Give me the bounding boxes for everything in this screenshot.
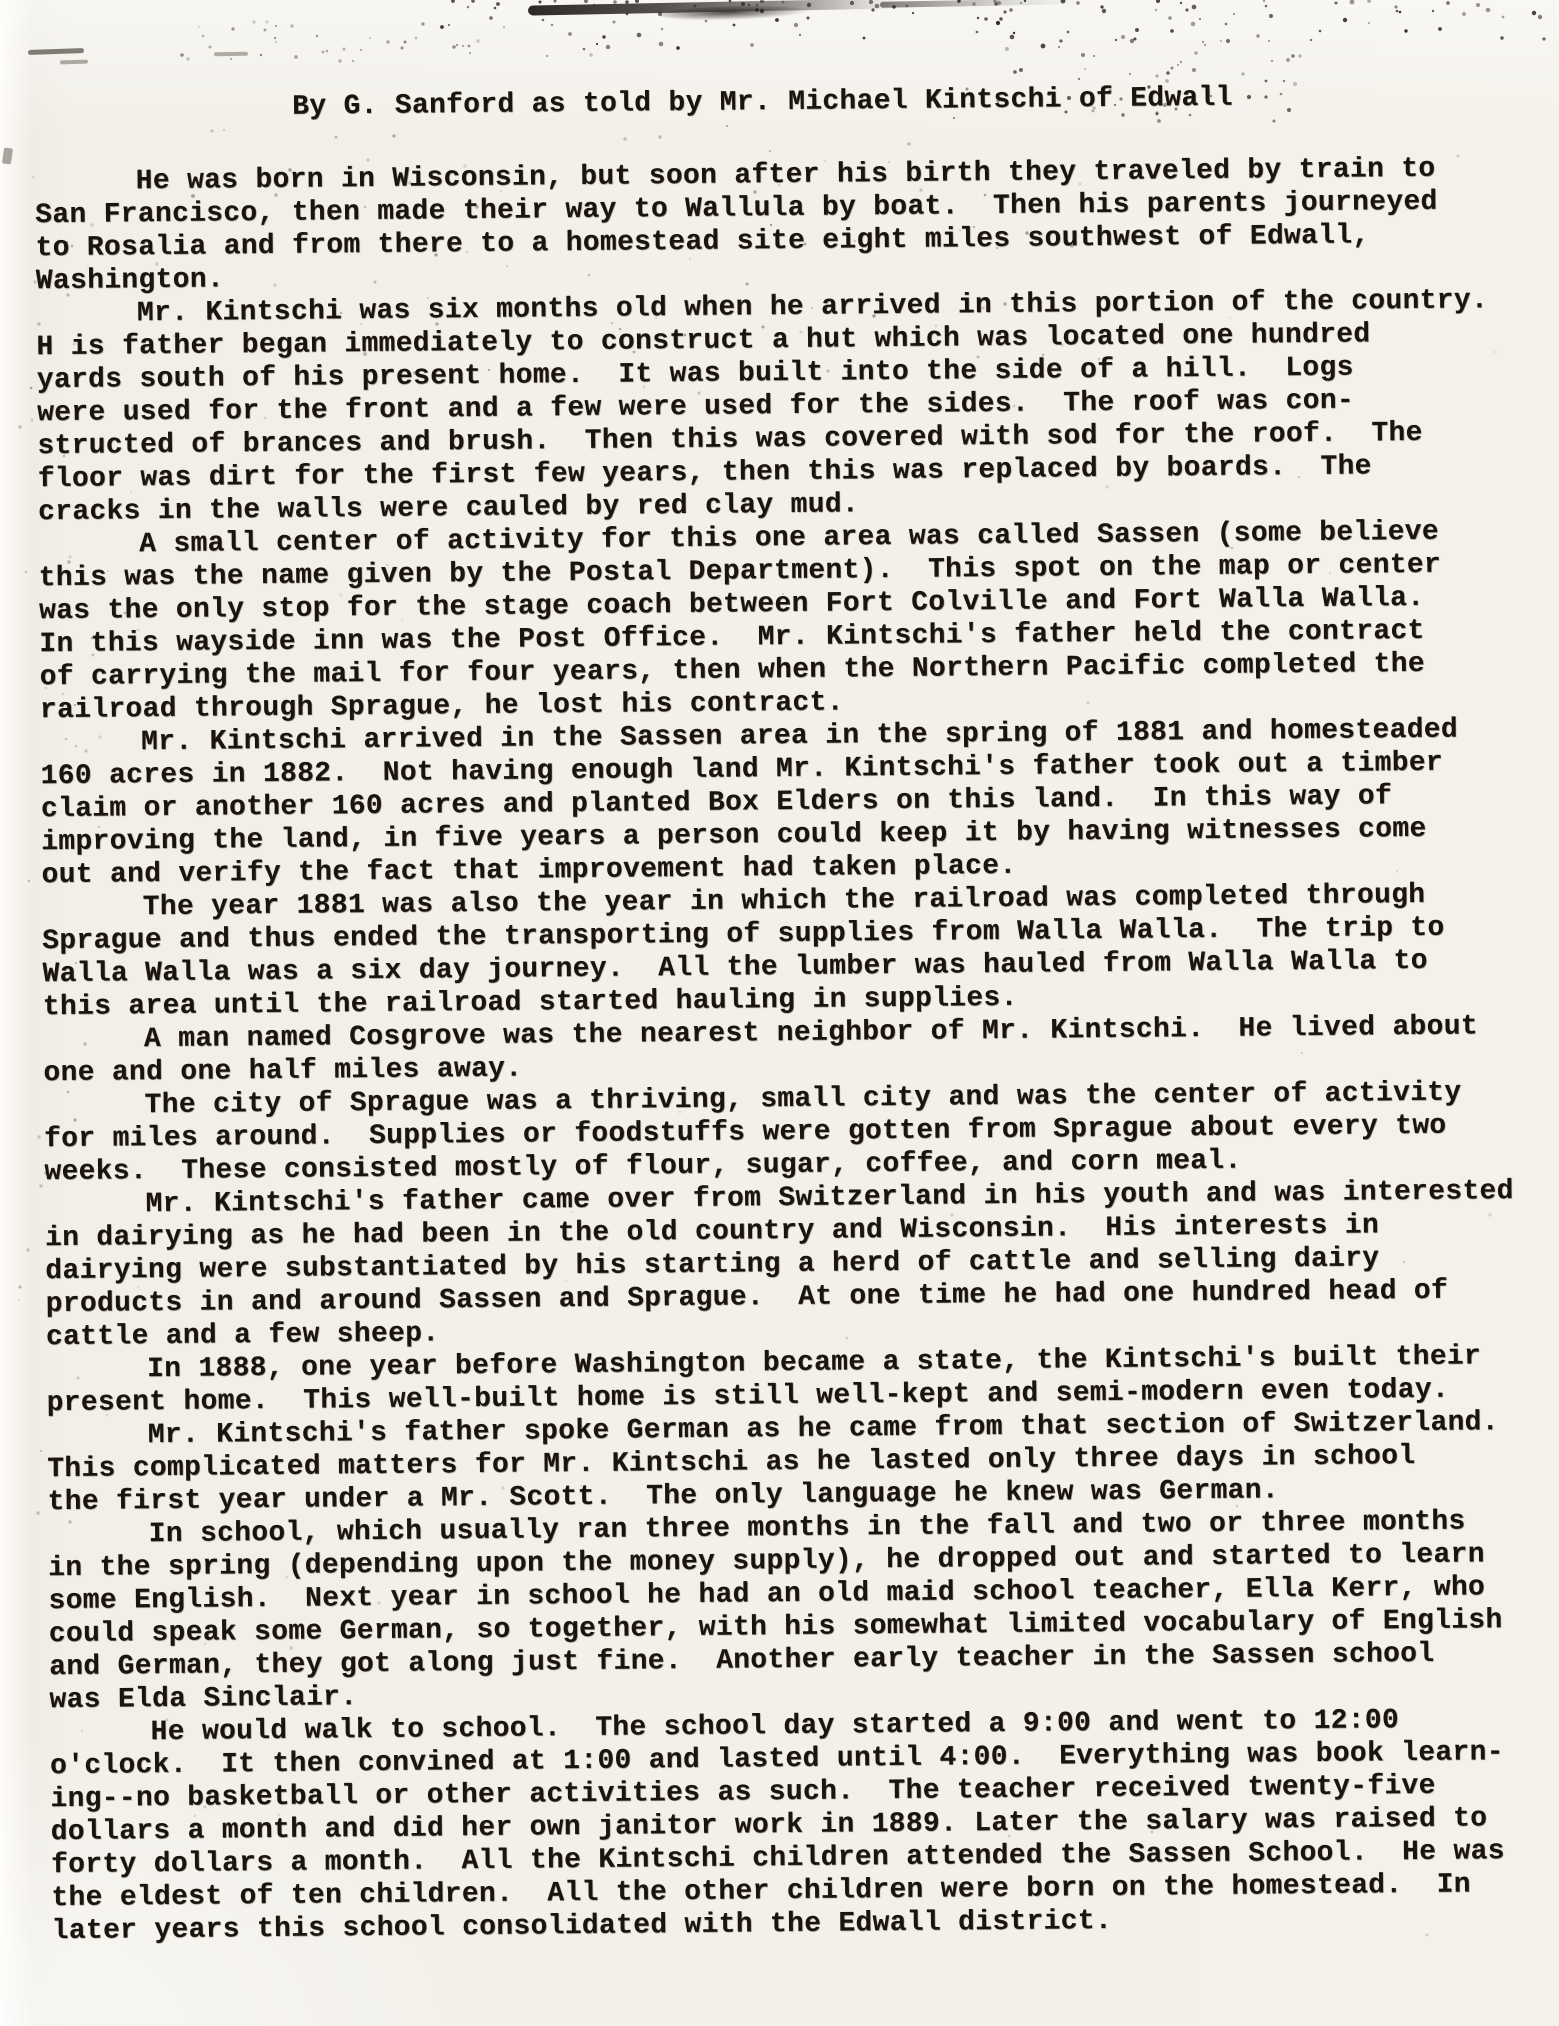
pen-mark	[60, 60, 88, 65]
paragraph: Mr. Kintschi's father spoke German as he…	[47, 1406, 1498, 1519]
scanned-document-page: By G. Sanford as told by Mr. Michael Kin…	[0, 0, 1559, 2026]
paragraph: Mr. Kintschi arrived in the Sassen area …	[40, 713, 1492, 892]
scan-smudge-streak	[528, 0, 898, 16]
scan-smudge-blob	[660, 4, 810, 22]
paragraph: A small center of activity for this one …	[38, 515, 1490, 727]
scan-noise	[0, 0, 2, 2]
paragraph: Mr. Kintschi's father came over from Swi…	[45, 1175, 1497, 1354]
edge-mark	[2, 147, 13, 164]
document-body: He was born in Wisconsin, but soon after…	[35, 152, 1502, 1948]
pen-mark	[28, 48, 84, 55]
scan-smudge-streak-tail	[880, 0, 1080, 8]
paragraph: Mr. Kintschi was six months old when he …	[36, 284, 1488, 529]
pen-mark	[214, 52, 248, 57]
scan-noise	[0, 0, 2, 2]
paragraph: The year 1881 was also the year in which…	[42, 878, 1493, 1024]
paragraph: He was born in Wisconsin, but soon after…	[35, 152, 1486, 298]
document-text: By G. Sanford as told by Mr. Michael Kin…	[34, 79, 1502, 1948]
paragraph: He would walk to school. The school day …	[50, 1703, 1502, 1948]
paragraph: The city of Sprague was a thriving, smal…	[44, 1076, 1495, 1189]
byline: By G. Sanford as told by Mr. Michael Kin…	[34, 79, 1484, 126]
paragraph: In school, which usually ran three month…	[48, 1505, 1500, 1717]
